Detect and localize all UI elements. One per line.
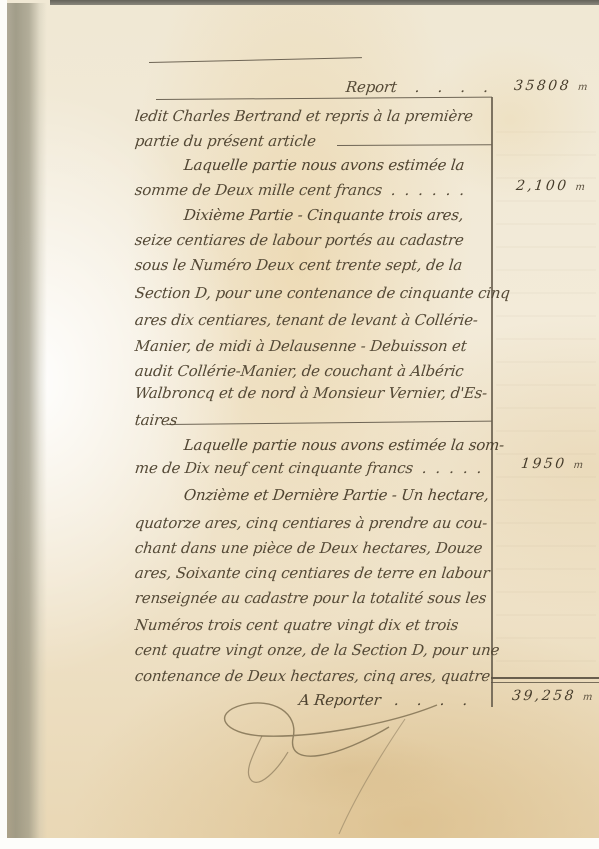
signature-flourish-icon — [0, 0, 599, 849]
manuscript-page: Report . . . . 35808m ledit Charles Bert… — [0, 0, 599, 849]
